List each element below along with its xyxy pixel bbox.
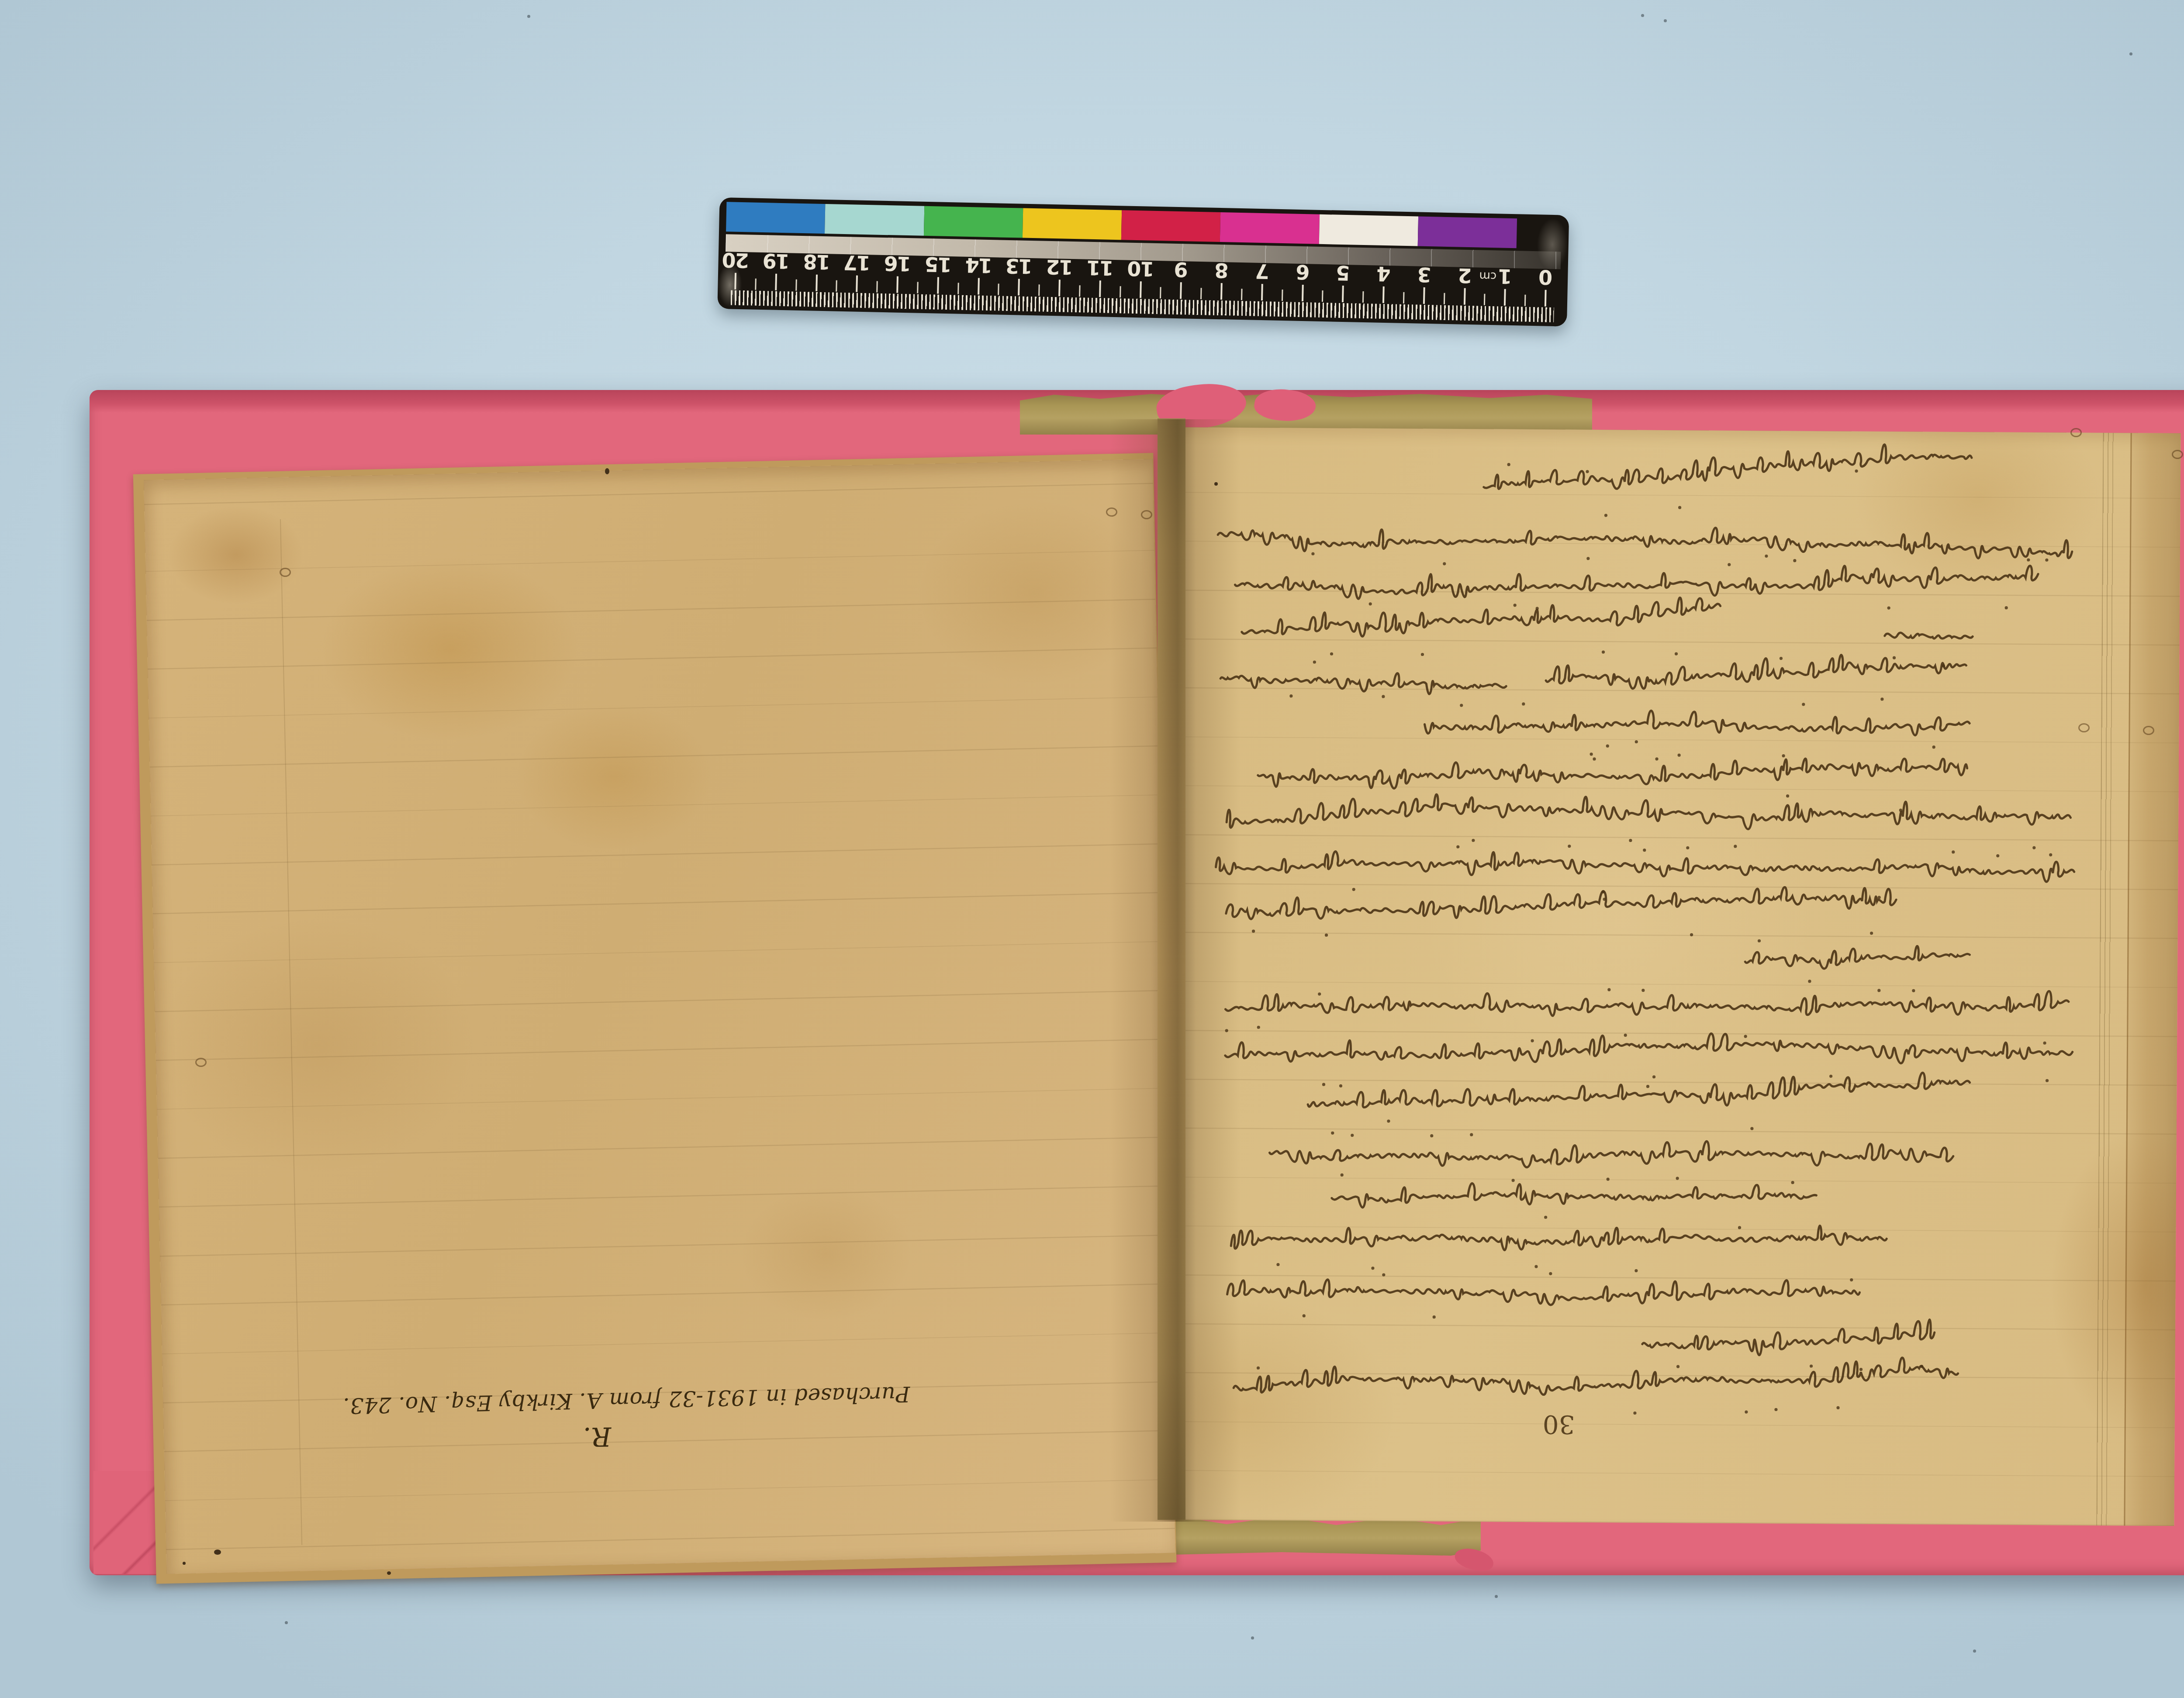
script-line [1216,850,2074,882]
script-line [1258,755,1967,792]
script-line [1484,442,1972,492]
script-diacritic-dot [1793,559,1796,562]
wormhole [280,568,291,577]
dust-speck [1495,1595,1498,1598]
script-line [1227,1277,1859,1307]
ruler-cm-tick [896,276,898,293]
wormhole [1106,507,1117,517]
script-line [1235,561,2038,603]
ruler-cm-tick [1140,281,1142,298]
script-diacritic-dot [1607,988,1610,991]
script-diacritic-dot [1887,606,1890,609]
script-diacritic-dot [1341,1173,1344,1177]
ink-spot [387,1571,391,1575]
ruler-half-cm-tick [1120,286,1121,297]
script-diacritic-dot [1870,932,1873,935]
script-diacritic-dot [1460,704,1463,707]
script-diacritic-dot [1686,846,1689,849]
ruler-number-17: 17 [838,252,876,274]
script-line [1642,1318,1935,1356]
script-diacritic-dot [1855,469,1858,473]
script-line [1231,1222,1887,1253]
script-line [1424,709,1970,737]
ruler-half-cm-tick [1362,291,1364,303]
script-diacritic-dot [1899,809,1902,812]
ruler-number-14: 14 [960,254,998,277]
script-diacritic-dot [1456,845,1459,848]
ruler-color-patch-crimson [1121,210,1221,242]
photograph-scene: 20191817161514131211109876543210 cm R. P… [0,0,2184,1698]
script-diacritic-dot [1322,1083,1325,1086]
page-number: 30 [1532,1407,1585,1442]
ink-spot [183,1562,186,1565]
script-diacritic-dot [1952,850,1955,853]
ruler-cm-tick [1018,279,1020,295]
script-diacritic-dot [1603,897,1606,901]
script-diacritic-dot [1507,463,1510,466]
script-diacritic-dot [1677,753,1680,756]
script-diacritic-dot [1641,989,1645,992]
script-diacritic-dot [1512,1179,1515,1182]
ruler-number-13: 13 [1000,255,1038,278]
ruler-cm-tick [734,273,736,290]
script-diacritic-dot [1586,557,1590,560]
ruler-half-cm-tick [836,280,838,292]
script-diacritic-dot [1850,1278,1853,1281]
ruler-color-patch-blue [726,202,826,234]
ruler-cm-tick [978,278,980,294]
script-diacritic-dot [1877,989,1880,992]
ruler-number-15: 15 [919,253,957,276]
script-line [1242,595,1721,638]
ruler-number-10: 10 [1122,257,1160,280]
script-line [1745,945,1970,970]
script-diacritic-dot [2046,1079,2049,1082]
script-diacritic-dot [1750,1127,1753,1130]
script-diacritic-dot [1728,563,1731,566]
script-diacritic-dot [1836,1406,1839,1409]
ruler-cm-tick [1382,286,1385,303]
script-diacritic-dot [1646,1085,1649,1088]
ruler-number-3: 3 [1406,263,1444,286]
script-diacritic-dot [1311,552,1314,555]
script-diacritic-dot [1387,1119,1390,1122]
script-diacritic-dot [2043,1042,2046,1045]
ruler-cm-tick [1463,288,1465,305]
ruler-number-7: 7 [1244,260,1282,283]
dust-speck [1973,1650,1976,1653]
page-gutter-shadow [1109,419,1241,1522]
ruler-cm-tick [1261,284,1263,300]
ruler-cm-tick [1180,282,1182,299]
ruler-millimetre-ticks [731,290,1554,322]
script-diacritic-dot [1339,1084,1342,1087]
script-line [1885,633,1973,639]
script-diacritic-dot [1810,1364,1813,1367]
dust-speck [2129,52,2132,55]
script-diacritic-dot [1303,1314,1306,1317]
ruler-cm-tick [1423,287,1425,304]
ruler-number-19: 19 [757,250,795,273]
ruler-number-11: 11 [1082,256,1120,279]
ruler-cm-tick [1220,283,1223,300]
wormhole [2143,726,2154,735]
script-diacritic-dot [1433,1315,1436,1318]
ruler-number-4: 4 [1365,262,1403,285]
script-diacritic-dot [1676,1177,1679,1180]
script-diacritic-dot [1607,1178,1610,1181]
script-diacritic-dot [1257,1367,1260,1370]
script-diacritic-dot [1745,1410,1748,1413]
script-diacritic-dot [1586,470,1589,473]
script-diacritic-dot [1369,602,1372,605]
script-diacritic-dot [1942,664,1945,667]
ruler-color-patch-off-white [1319,214,1418,246]
script-diacritic-dot [1593,757,1596,760]
script-diacritic-dot [1382,1273,1385,1276]
ruler-half-cm-tick [998,283,1000,295]
script-diacritic-dot [1786,794,1789,797]
script-diacritic-dot [1744,1035,1747,1038]
script-diacritic-dot [1276,1263,1279,1266]
script-diacritic-dot [1690,933,1693,936]
script-diacritic-dot [1544,1216,1547,1219]
script-line [1225,986,2069,1019]
ruler-number-18: 18 [798,251,836,273]
dust-speck [285,1621,288,1624]
script-diacritic-dot [1655,757,1658,760]
script-diacritic-dot [1912,989,1915,992]
script-diacritic-dot [1774,1408,1777,1411]
script-diacritic-dot [1859,1368,1863,1371]
script-diacritic-dot [1382,695,1385,698]
ruler-half-cm-tick [795,280,797,291]
ruler-half-cm-tick [1038,284,1040,296]
ruler-cm-tick [1301,285,1303,301]
wormhole [195,1058,207,1067]
script-diacritic-dot [1996,854,1999,857]
ruler-cm-tick [775,274,777,290]
ruler-number-6: 6 [1284,261,1322,283]
script-diacritic-dot [1643,849,1646,852]
script-diacritic-dot [1877,896,1880,899]
ruler-cm-tick [937,277,939,293]
script-diacritic-dot [1932,745,1935,749]
wormhole [2070,428,2082,437]
script-diacritic-dot [1829,1075,1832,1078]
ruler-color-patch-green [923,206,1023,238]
dust-speck [527,15,530,18]
script-diacritic-dot [2032,846,2035,849]
script-diacritic-dot [1791,1181,1794,1184]
ruler-cm-tick [1545,290,1547,307]
script-diacritic-dot [1808,980,1811,983]
ruler-unit-label: cm [1475,268,1501,283]
script-diacritic-dot [1629,839,1632,842]
dust-speck [1664,19,1667,22]
ruler-cm-tick [1504,289,1506,306]
ruler-half-cm-tick [1484,294,1486,305]
ruler-cm-tick [1342,286,1344,302]
ruler-number-9: 9 [1162,258,1200,281]
script-diacritic-dot [1602,650,1605,653]
script-diacritic-dot [1330,652,1333,656]
script-diacritic-dot [1675,652,1678,655]
script-line [1225,1031,2073,1066]
left-page-stack: R. Purchased in 1931-32 from A. Kirkby E… [144,459,1175,1574]
ruler-number-5: 5 [1324,262,1362,284]
script-diacritic-dot [1606,744,1609,747]
script-diacritic-dot [1782,754,1785,757]
script-diacritic-dot [1624,1034,1627,1037]
script-diacritic-dot [1758,939,1761,942]
ruler-color-patch-purple [1417,217,1517,248]
script-diacritic-dot [1257,1026,1260,1029]
script-diacritic-dot [1472,839,1475,842]
provenance-inscription: R. Purchased in 1931-32 from A. Kirkby E… [394,1376,911,1460]
handwritten-script-block [1161,427,2181,1526]
script-diacritic-dot [1522,702,1525,705]
script-line [1269,1139,1953,1170]
script-diacritic-dot [1331,1132,1334,1135]
script-diacritic-dot [1604,514,1607,517]
left-page: R. Purchased in 1931-32 from A. Kirkby E… [144,459,1175,1574]
ruler-cm-tick [1058,280,1061,296]
ruler-half-cm-tick [1079,285,1081,297]
ink-spot [1214,482,1218,486]
wormhole [2078,723,2090,732]
script-line [1218,525,2072,559]
script-diacritic-dot [1893,656,1896,659]
ruler-color-patch-yellow [1023,208,1122,240]
script-diacritic-dot [1252,930,1255,933]
ink-spot [214,1550,221,1555]
script-line [1227,793,2071,833]
ruler-half-cm-tick [876,281,878,293]
script-diacritic-dot [1678,506,1681,509]
script-diacritic-dot [1590,752,1593,756]
script-diacritic-dot [1880,697,1883,701]
ruler-cm-tick [816,275,818,291]
ruler-half-cm-tick [1403,292,1405,304]
script-diacritic-dot [1780,657,1783,660]
ruler-half-cm-tick [1322,290,1324,302]
ruler-color-patch-pale-cyan [825,204,924,236]
ruler-half-cm-tick [917,282,919,293]
script-line [1308,1069,1970,1111]
script-line [1220,672,1506,694]
ruler-half-cm-tick [755,279,757,290]
script-diacritic-dot [2049,853,2052,856]
script-diacritic-dot [1802,703,1805,706]
script-diacritic-dot [1738,1226,1741,1229]
wormhole [1141,510,1152,519]
right-page: 30 [1161,427,2181,1526]
ink-spot [605,468,609,474]
ruler-cm-tick [856,276,858,292]
script-diacritic-dot [1352,888,1355,891]
script-diacritic-dot [1635,740,1638,743]
ruler-number-16: 16 [879,252,917,275]
script-diacritic-dot [2045,559,2048,562]
script-diacritic-dot [1765,555,1768,558]
script-diacritic-dot [1734,845,1737,848]
script-diacritic-dot [1289,694,1292,697]
script-diacritic-dot [1313,660,1316,663]
script-diacritic-dot [1371,1267,1374,1270]
script-diacritic-dot [1430,1134,1433,1137]
script-line [1234,1353,1958,1397]
script-diacritic-dot [1549,1272,1552,1275]
ruler-half-cm-tick [1160,287,1161,298]
script-line [1332,1182,1817,1210]
color-calibration-ruler: 20191817161514131211109876543210 cm [717,197,1569,327]
ruler-half-cm-tick [1444,293,1445,304]
script-diacritic-dot [1531,1039,1534,1042]
dust-speck [1251,1636,1254,1639]
ruler-cm-tick [1099,280,1101,297]
script-diacritic-dot [1652,1075,1655,1078]
script-line [1226,884,1896,923]
script-diacritic-dot [1568,845,1571,848]
script-diacritic-dot [1633,1412,1636,1415]
script-diacritic-dot [2027,558,2030,561]
ruler-half-cm-tick [1241,289,1243,300]
ruler-half-cm-tick [957,283,959,294]
script-diacritic-dot [2005,606,2008,609]
dust-speck [1641,14,1644,17]
wormhole [2172,450,2183,459]
ruler-number-8: 8 [1203,259,1241,282]
script-diacritic-dot [1676,1365,1679,1368]
script-diacritic-dot [1443,562,1446,565]
ruler-number-0: 0 [1527,266,1565,289]
script-diacritic-dot [1470,1133,1473,1136]
ruler-number-12: 12 [1041,255,1079,278]
ruler-color-patch-magenta [1220,212,1320,244]
ruler-half-cm-tick [1282,290,1283,301]
script-diacritic-dot [1318,992,1321,995]
script-diacritic-dot [1534,1265,1538,1268]
ruler-half-cm-tick [1200,288,1202,299]
script-diacritic-dot [1351,1134,1354,1137]
ruler-number-20: 20 [717,249,755,272]
script-diacritic-dot [1635,1269,1638,1272]
script-diacritic-dot [1514,604,1517,607]
ruler-half-cm-tick [1524,295,1526,306]
script-diacritic-dot [1421,653,1424,656]
script-line [1546,653,1966,691]
script-diacritic-dot [1325,934,1328,937]
